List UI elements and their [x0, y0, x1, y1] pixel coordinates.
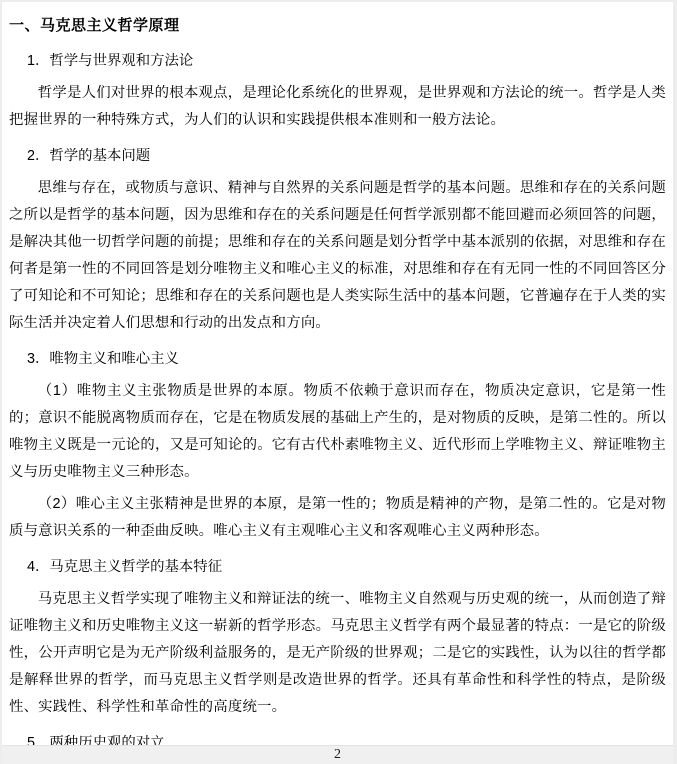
section-heading-3: 3．唯物主义和唯心主义 [27, 346, 666, 373]
paragraph: （1）唯物主义主张物质是世界的本原。物质不依赖于意识而存在，物质决定意识，它是第… [9, 378, 666, 486]
document-page: 一、马克思主义哲学原理 1．哲学与世界观和方法论 哲学是人们对世界的根本观点，是… [0, 0, 677, 764]
page-footer: 2 [2, 745, 673, 764]
page-number: 2 [334, 746, 341, 764]
section-heading-1: 1．哲学与世界观和方法论 [27, 48, 666, 75]
paragraph: 马克思主义哲学实现了唯物主义和辩证法的统一、唯物主义自然观与历史观的统一，从而创… [9, 586, 666, 721]
section-heading-4: 4．马克思主义哲学的基本特征 [27, 554, 666, 581]
section-heading-2: 2．哲学的基本问题 [27, 143, 666, 170]
paragraph: 哲学是人们对世界的根本观点，是理论化系统化的世界观，是世界观和方法论的统一。哲学… [9, 80, 666, 134]
paragraph: 思维与存在，或物质与意识、精神与自然界的关系问题是哲学的基本问题。思维和存在的关… [9, 175, 666, 337]
paragraph: （2）唯心主义主张精神是世界的本原，是第一性的；物质是精神的产物，是第二性的。它… [9, 491, 666, 545]
document-title: 一、马克思主义哲学原理 [9, 12, 666, 39]
document-content: 一、马克思主义哲学原理 1．哲学与世界观和方法论 哲学是人们对世界的根本观点，是… [2, 2, 673, 757]
